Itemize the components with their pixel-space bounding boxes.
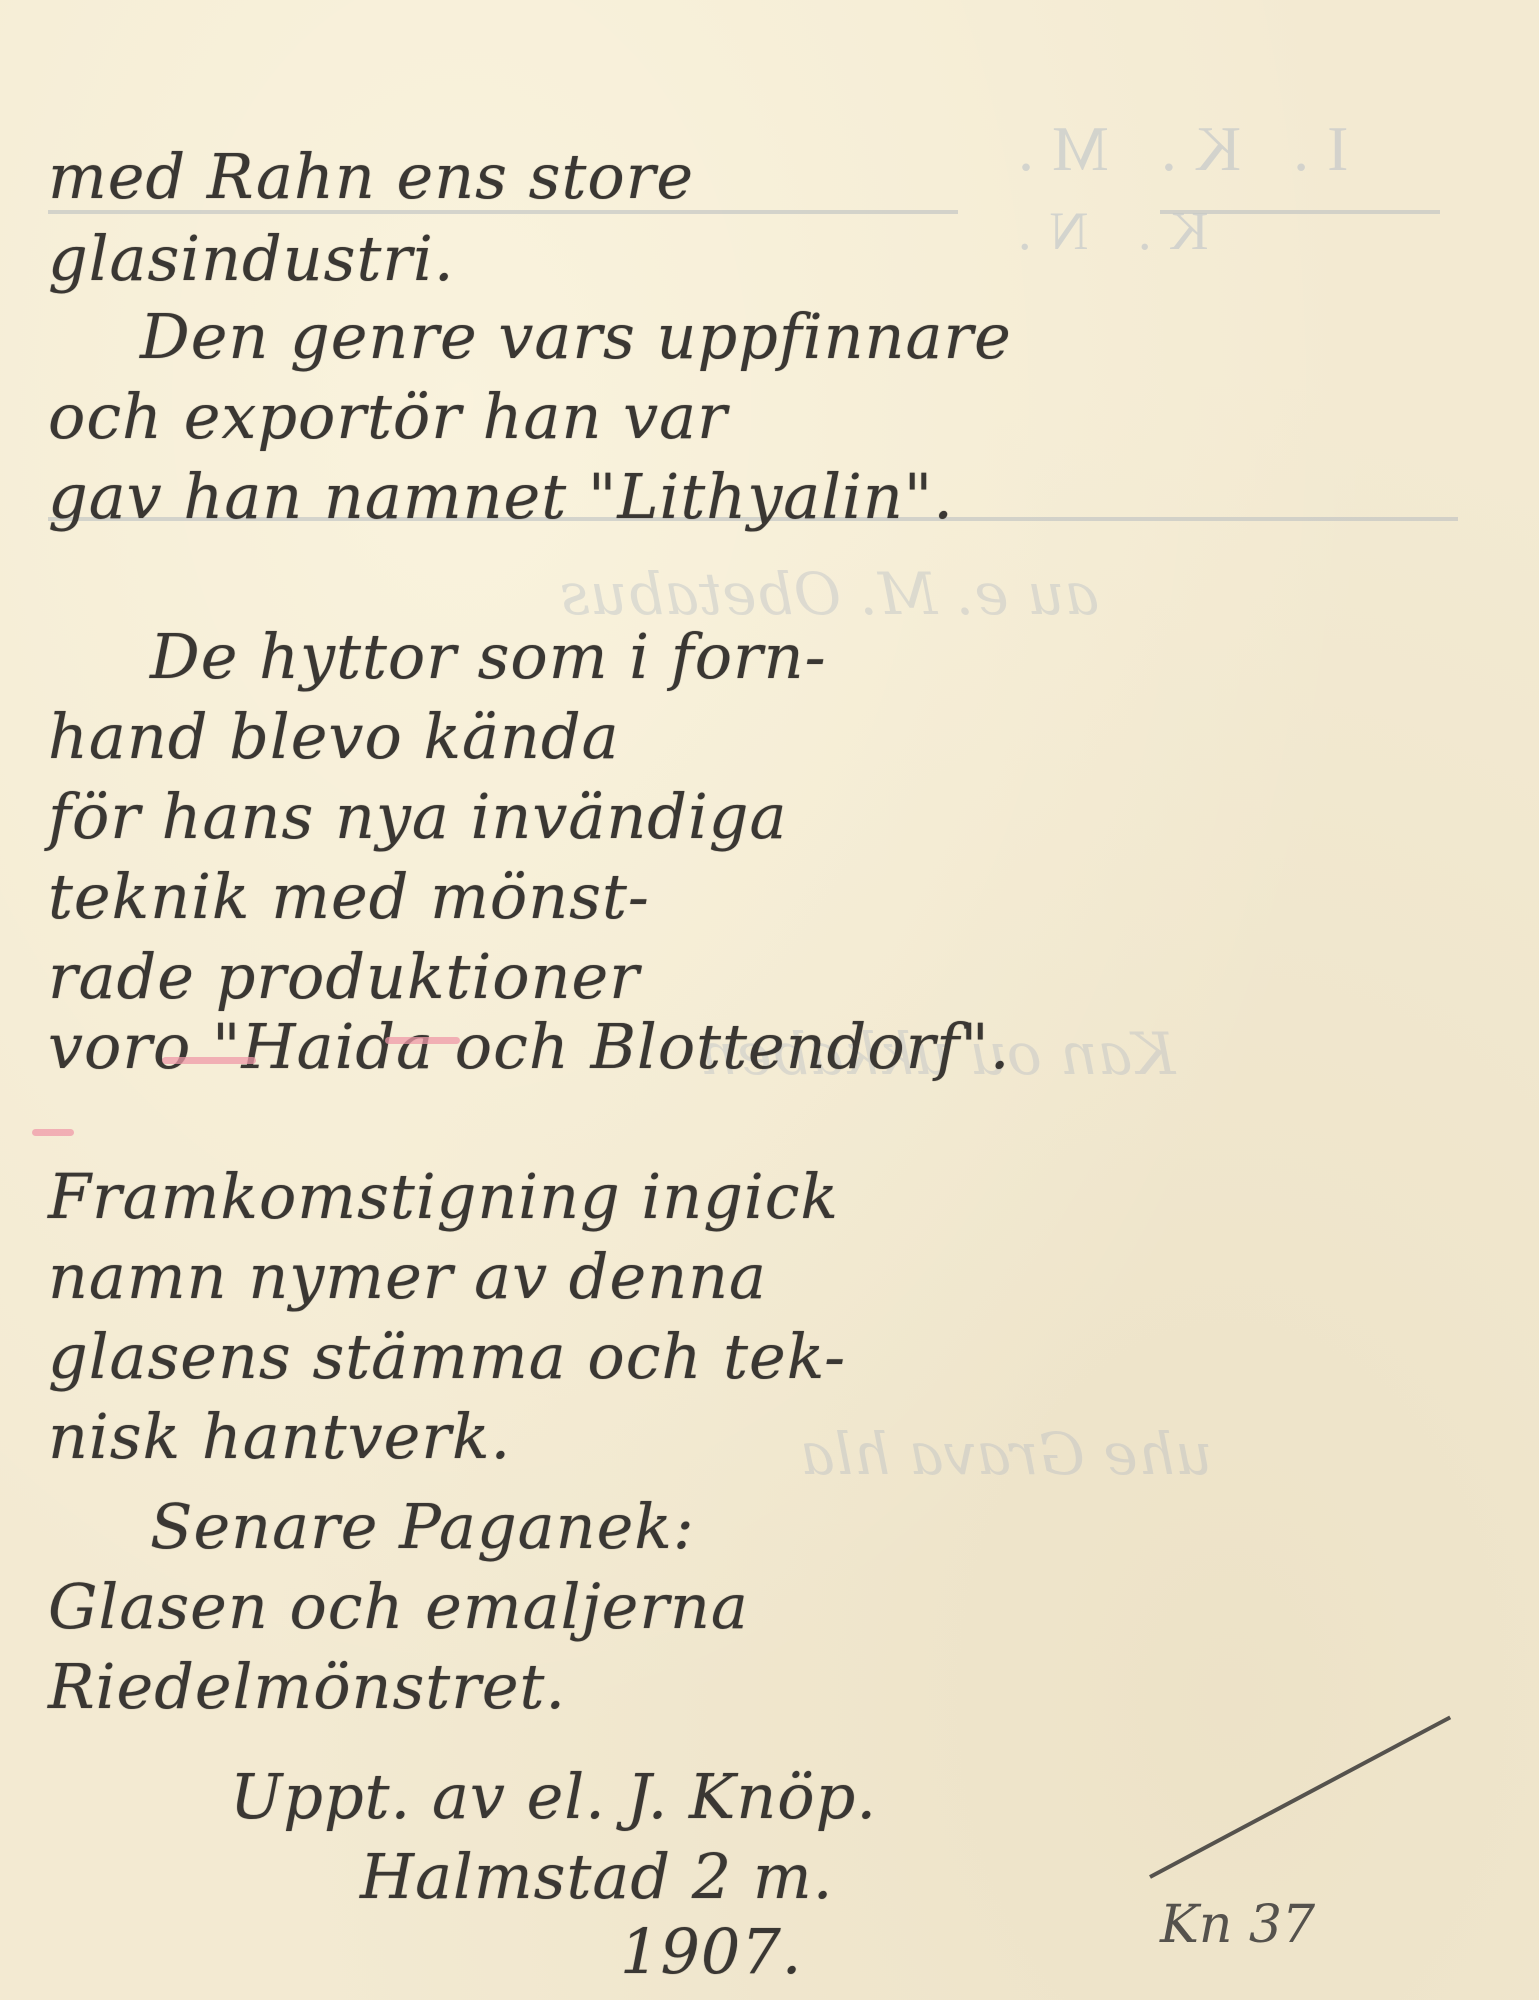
manuscript-line-3: Den genre vars uppfinnare — [140, 300, 1012, 373]
manuscript-line-5: gav han namnet "Lithyalin". — [48, 460, 954, 533]
pink-underline-haida — [162, 1057, 256, 1064]
recorded-by: Uppt. av el. J. Knöp. — [230, 1760, 877, 1833]
manuscript-line-7: De hyttor som i forn- — [150, 620, 827, 693]
letterhead-rule-right — [1160, 210, 1440, 214]
manuscript-line-17: Senare Paganek: — [150, 1490, 695, 1563]
manuscript-line-11: rade produktioner — [48, 940, 640, 1013]
manuscript-line-9: för hans nya invändiga — [48, 780, 787, 853]
manuscript-line-14: namn nymer av denna — [48, 1240, 767, 1313]
manuscript-line-12: voro "Haida och Blottendorf". — [48, 1010, 1010, 1083]
manuscript-line-18: Glasen och emaljerna — [48, 1570, 749, 1643]
pink-underline-blottendorf — [385, 1037, 460, 1044]
place-date: Halmstad 2 m. — [360, 1840, 833, 1913]
manuscript-line-2: glasindustri. — [48, 222, 455, 295]
manuscript-line-4: och exportör han var — [48, 380, 728, 453]
manuscript-line-15: glasens stämma och tek- — [48, 1320, 846, 1393]
manuscript-line-16: nisk hantverk. — [48, 1400, 511, 1473]
manuscript-line-10: teknik med mönst- — [48, 860, 650, 933]
pink-underline-dorf — [32, 1129, 74, 1136]
reverse-side-bleed: au e. M. Obetabus — [560, 560, 1099, 628]
archive-mark: Kn 37 — [1160, 1895, 1315, 1955]
manuscript-line-19: Riedelmönstret. — [48, 1650, 566, 1723]
year: 1907. — [620, 1915, 803, 1988]
manuscript-line-8: hand blevo kända — [48, 700, 620, 773]
manuscript-line-1: med Rahn ens store — [48, 140, 694, 213]
reverse-side-bleed: uhe Grava hla — [800, 1420, 1212, 1488]
manuscript-line-13: Framkomstigning ingick — [48, 1160, 839, 1233]
letterhead-bleed-through: I. K. M. — [1000, 112, 1348, 186]
